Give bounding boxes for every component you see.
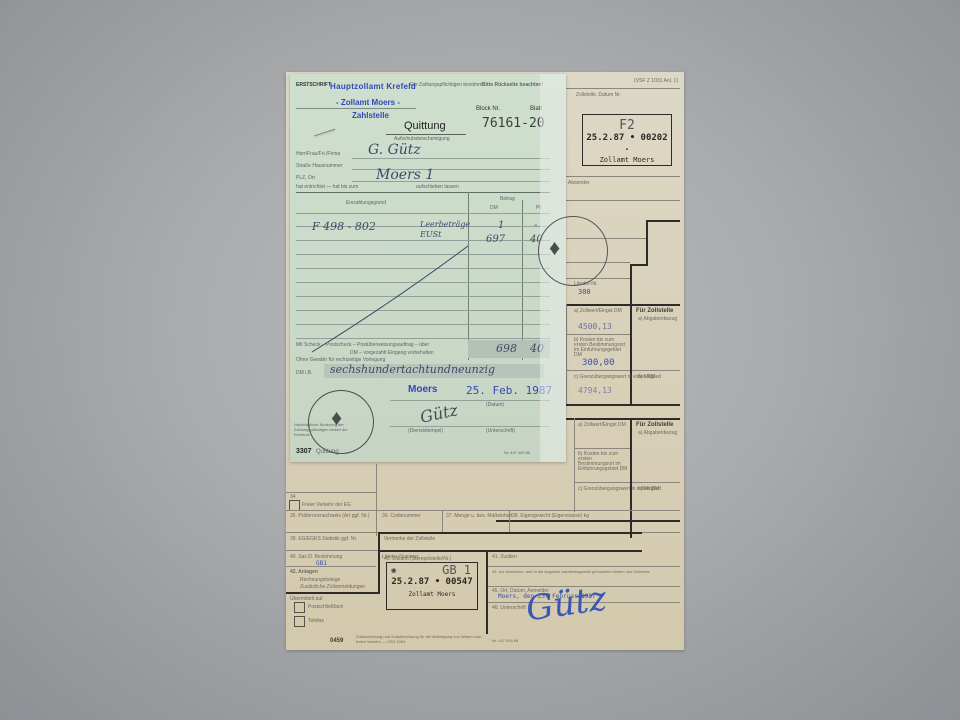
- field-33a-label: a) Zollwert/Eingst DM: [574, 308, 622, 314]
- for-customs-title-1: Für Zollstelle: [636, 308, 673, 314]
- anlagen-item-2: Zusätzliche Zollanmeldungen: [300, 584, 365, 590]
- field-33a-value: 4500,13: [578, 322, 612, 331]
- receipt-form-title: Quittung: [316, 449, 339, 455]
- receipt-side-note: Nachträgliche Änderung der Zahlungspflic…: [294, 422, 354, 437]
- form-footer-text: Zollanmeldung und Zollabrechnung für die…: [356, 634, 486, 644]
- amount-in-words: sechshundertachtundneunzig: [330, 363, 495, 376]
- freier-verkehr-label: Freier Verkehr der EG: [302, 502, 351, 508]
- block-label: Block Nr.: [476, 106, 500, 112]
- payment-note-2: DM – vorgezahlt Eingang vorbehalten: [350, 350, 434, 356]
- field-38-label: 38. Eigengewicht (Eigenmasse) kg: [512, 513, 589, 519]
- field-46-label: 46. Unterschrift: [492, 605, 526, 611]
- line-item-note: Leerbeträge EUSt: [420, 220, 464, 240]
- field-36-label: 36. Codenummer: [382, 513, 421, 519]
- office-stamp-line-1: Hauptzollamt Krefeld: [330, 82, 416, 91]
- paid-suffix: aufschieben lassen: [416, 184, 459, 190]
- place-stamp: Moers: [408, 384, 437, 395]
- form-seal-icon: ♦: [538, 216, 608, 286]
- words-label: DM i.B.: [296, 370, 312, 376]
- mitglied-label-1: b) Mitglied: [638, 374, 661, 380]
- field-23b-label: b) Kosten bis zum ersten Bestimmungsort …: [578, 452, 628, 472]
- abgaben-label-1: a) Abgabenbezug: [638, 316, 677, 322]
- laender-nr-value: 300: [578, 288, 591, 296]
- abgaben-label-2: a) Abgabenbezug: [638, 430, 677, 436]
- line-item-dm: 1: [498, 220, 504, 231]
- field-33b-label: b) Kosten bis zum ersten Bestimmungsort …: [574, 338, 628, 358]
- date-field-label: Zollstelle, Datum Nr.: [576, 92, 621, 98]
- city-label: PLZ, Ort: [296, 175, 315, 181]
- street-label: Straße Hausnummer: [296, 163, 342, 169]
- receipt-header-note: Für Zahlungspflichtigen bestimmt: [410, 82, 484, 88]
- column-reason-header: Einzahlungsgrund: [346, 200, 386, 206]
- stempel-label: (Dienststempel): [408, 428, 443, 434]
- total-dm: 698: [496, 342, 517, 355]
- form-header-right: (VSF Z 1031 Anl. 1): [634, 78, 678, 84]
- form-footer-code: Nr. 447 009 86: [492, 638, 518, 643]
- field-42-label: 42. Anlagen: [290, 569, 318, 575]
- field-41-label: 41. Zuollen: [492, 554, 517, 560]
- paid-label: hat entrichtet — hat bis zum: [296, 184, 358, 190]
- city-value: Moers 1: [376, 167, 434, 183]
- receipt-header-right: Bitte Rückseite beachten!: [482, 82, 543, 88]
- field-39-label: 39. EG/EGKS Statistik ggf. Nr.: [290, 536, 357, 542]
- line-item-pf: -: [534, 220, 537, 231]
- receipt-footer-code: Nr. 447 400 86: [504, 450, 530, 455]
- receipt-form-number: 3307: [296, 448, 312, 455]
- vermerke-label: Vermerke der Zollstelle: [384, 536, 435, 542]
- strikethrough-line: [310, 244, 470, 354]
- telefax-checkbox[interactable]: [294, 616, 305, 627]
- payer-value: G. Gütz: [368, 142, 421, 158]
- form-number: 0459: [330, 638, 343, 644]
- eagle-icon: ❀: [391, 566, 396, 576]
- office-stamp-line-2: - Zollamt Moers -: [336, 98, 400, 107]
- telefax-label: Telefax: [308, 618, 324, 624]
- field-37-label: 37. Menge u. bes. Maßeinheit: [446, 513, 512, 519]
- receipt-signature: Gütz: [418, 400, 459, 426]
- block-number: 76161-20: [482, 116, 545, 131]
- column-dm-header: DM: [490, 205, 498, 211]
- anlagen-item-1: Rechnungsbelege: [300, 577, 340, 583]
- column-amount-header: Betrag: [500, 196, 515, 202]
- payer-label: Herr/Frau/Fri./Firma: [296, 151, 340, 157]
- date-label: (Datum): [486, 402, 504, 408]
- postschliessfach-checkbox[interactable]: [294, 602, 305, 613]
- bottom-customs-stamp: ❀ GB 1 25.2.87 • 00547 Zollamt Moers: [386, 562, 478, 610]
- payment-note: Mit Scheck – Postscheck – Postüberweisun…: [296, 342, 429, 348]
- line-item-reason: F 498 - 802: [312, 220, 376, 233]
- field-44-text: 44. Ich versichere, daß in die Angaben w…: [492, 569, 677, 574]
- receipt-title: Quittung: [404, 120, 446, 132]
- staple: [314, 129, 336, 139]
- payment-receipt: ERSTSCHRIFT Für Zahlungspflichtigen best…: [290, 74, 566, 462]
- absender-label: Absender: [568, 180, 589, 186]
- field-33b-value: 300,00: [582, 358, 615, 368]
- eagle-icon: ♦: [549, 235, 560, 261]
- field-23a-label: a) Zollwert/Eingst DM: [578, 422, 626, 428]
- line-item-dm: 697: [486, 234, 505, 245]
- mitglied-label-2: b) Mitglied: [638, 486, 661, 492]
- postschliessfach-label: Postschließfach: [308, 604, 343, 610]
- receipt-header-left: ERSTSCHRIFT: [296, 82, 331, 88]
- field-33c-value: 4794,13: [578, 386, 612, 395]
- field-35-label: 35. Präferenznachweis (Art ggf. Nr.): [290, 513, 369, 519]
- for-customs-title-2: Für Zollstelle: [636, 422, 673, 428]
- office-stamp-line-3: Zahlstelle: [352, 111, 389, 120]
- sign-label: (Unterschrift): [486, 428, 515, 434]
- top-customs-stamp: F2 25.2.87 • 00202 . Zollamt Moers: [582, 114, 672, 166]
